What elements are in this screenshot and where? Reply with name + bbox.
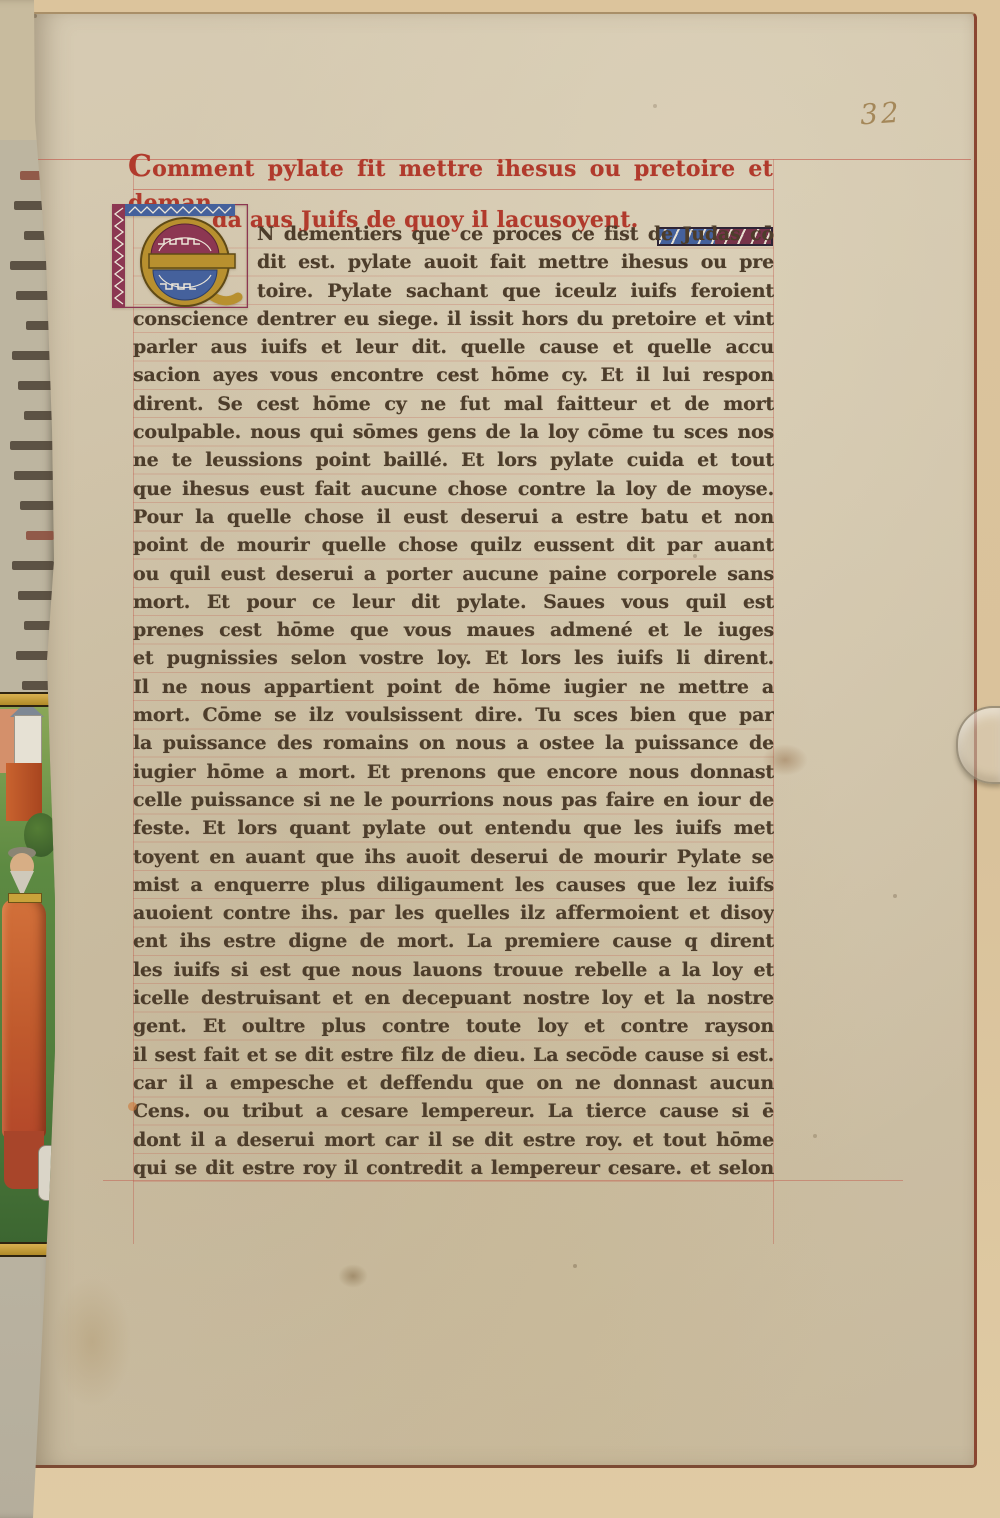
text-line: Il ne nous appartient point de hōme iugi… bbox=[133, 673, 774, 701]
previous-page-text-mark bbox=[18, 591, 54, 600]
miniature bbox=[0, 707, 57, 1242]
miniature-gate bbox=[6, 763, 42, 821]
previous-page-text-mark bbox=[20, 501, 54, 510]
text-line: Cens. ou tribut a cesare lempereur. La t… bbox=[133, 1097, 774, 1125]
text-line: feste. Et lors quant pylate out entendu … bbox=[133, 814, 774, 842]
text-line: mort. Et pour ce leur dit pylate. Saues … bbox=[133, 588, 774, 616]
illuminated-initial: E bbox=[112, 204, 248, 308]
previous-page-text-mark bbox=[12, 561, 54, 570]
text-line: les iuifs si est que nous lauons trouue … bbox=[133, 956, 774, 984]
text-line: conscience dentrer eu siege. il issit ho… bbox=[133, 305, 774, 333]
text-line: parler aus iuifs et leur dit. quelle cau… bbox=[133, 333, 774, 361]
text-line: mist a enquerre plus diligaument les cau… bbox=[133, 871, 774, 899]
previous-page-text-mark bbox=[14, 471, 54, 480]
text-line: point de mourir quelle chose quilz eusse… bbox=[133, 531, 774, 559]
stain bbox=[338, 1264, 368, 1288]
body-text: N dementiers que ce proces ce fist de Ju… bbox=[133, 220, 774, 1182]
text-line: icelle destruisant et en decepuant nostr… bbox=[133, 984, 774, 1012]
previous-page-text-mark bbox=[26, 531, 54, 540]
text-line: et pugnissies selon vostre loy. Et lors … bbox=[133, 644, 774, 672]
text-line: Pour la quelle chose il eust deserui a e… bbox=[133, 503, 774, 531]
previous-page-text-mark bbox=[12, 351, 54, 360]
miniature-figure-robe bbox=[2, 899, 46, 1139]
illuminated-initial-art bbox=[112, 204, 248, 308]
previous-page-text-mark bbox=[24, 411, 54, 420]
text-line: qui se dit estre roy il contredit a lemp… bbox=[133, 1154, 774, 1182]
manuscript-photo: 32 Comment pylate fit mettre ihesus ou p… bbox=[0, 0, 1000, 1518]
text-line: sacion ayes vous encontre cest hōme cy. … bbox=[133, 361, 774, 389]
manuscript-page: 32 Comment pylate fit mettre ihesus ou p… bbox=[33, 12, 977, 1468]
text-line: que ihesus eust fait aucune chose contre… bbox=[133, 475, 774, 503]
previous-page-text-mark bbox=[10, 441, 54, 450]
previous-page-text-mark bbox=[18, 381, 54, 390]
text-line: dirent. Se cest hōme cy ne fut mal faitt… bbox=[133, 390, 774, 418]
stain bbox=[52, 1277, 132, 1407]
text-line: prenes cest hōme que vous maues admené e… bbox=[133, 616, 774, 644]
text-line: mort. Cōme se ilz voulsissent dire. Tu s… bbox=[133, 701, 774, 729]
text-line: ent ihs estre digne de mort. La premiere… bbox=[133, 927, 774, 955]
text-line: dont il a deserui mort car il se dit est… bbox=[133, 1126, 774, 1154]
text-line: car il a empesche et deffendu que on ne … bbox=[133, 1069, 774, 1097]
text-line: toyent en auant que ihs auoit deserui de… bbox=[133, 843, 774, 871]
text-line: il sest fait et se dit estre filz de die… bbox=[133, 1041, 774, 1069]
text-line: gent. Et oultre plus contre toute loy et… bbox=[133, 1012, 774, 1040]
text-line: iugier hōme a mort. Et prenons que encor… bbox=[133, 758, 774, 786]
text-line: coulpable. nous qui sōmes gens de la loy… bbox=[133, 418, 774, 446]
text-line: celle puissance si ne le pourrions nous … bbox=[133, 786, 774, 814]
text-line: ne te leussions point baillé. Et lors py… bbox=[133, 446, 774, 474]
miniature-figure-collar bbox=[8, 893, 42, 903]
text-line: ou quil eust deserui a porter aucune pai… bbox=[133, 560, 774, 588]
text-line: auoient contre ihs. par les quelles ilz … bbox=[133, 899, 774, 927]
text-line: la puissance des romains on nous a ostee… bbox=[133, 729, 774, 757]
folio-number: 32 bbox=[859, 96, 903, 132]
